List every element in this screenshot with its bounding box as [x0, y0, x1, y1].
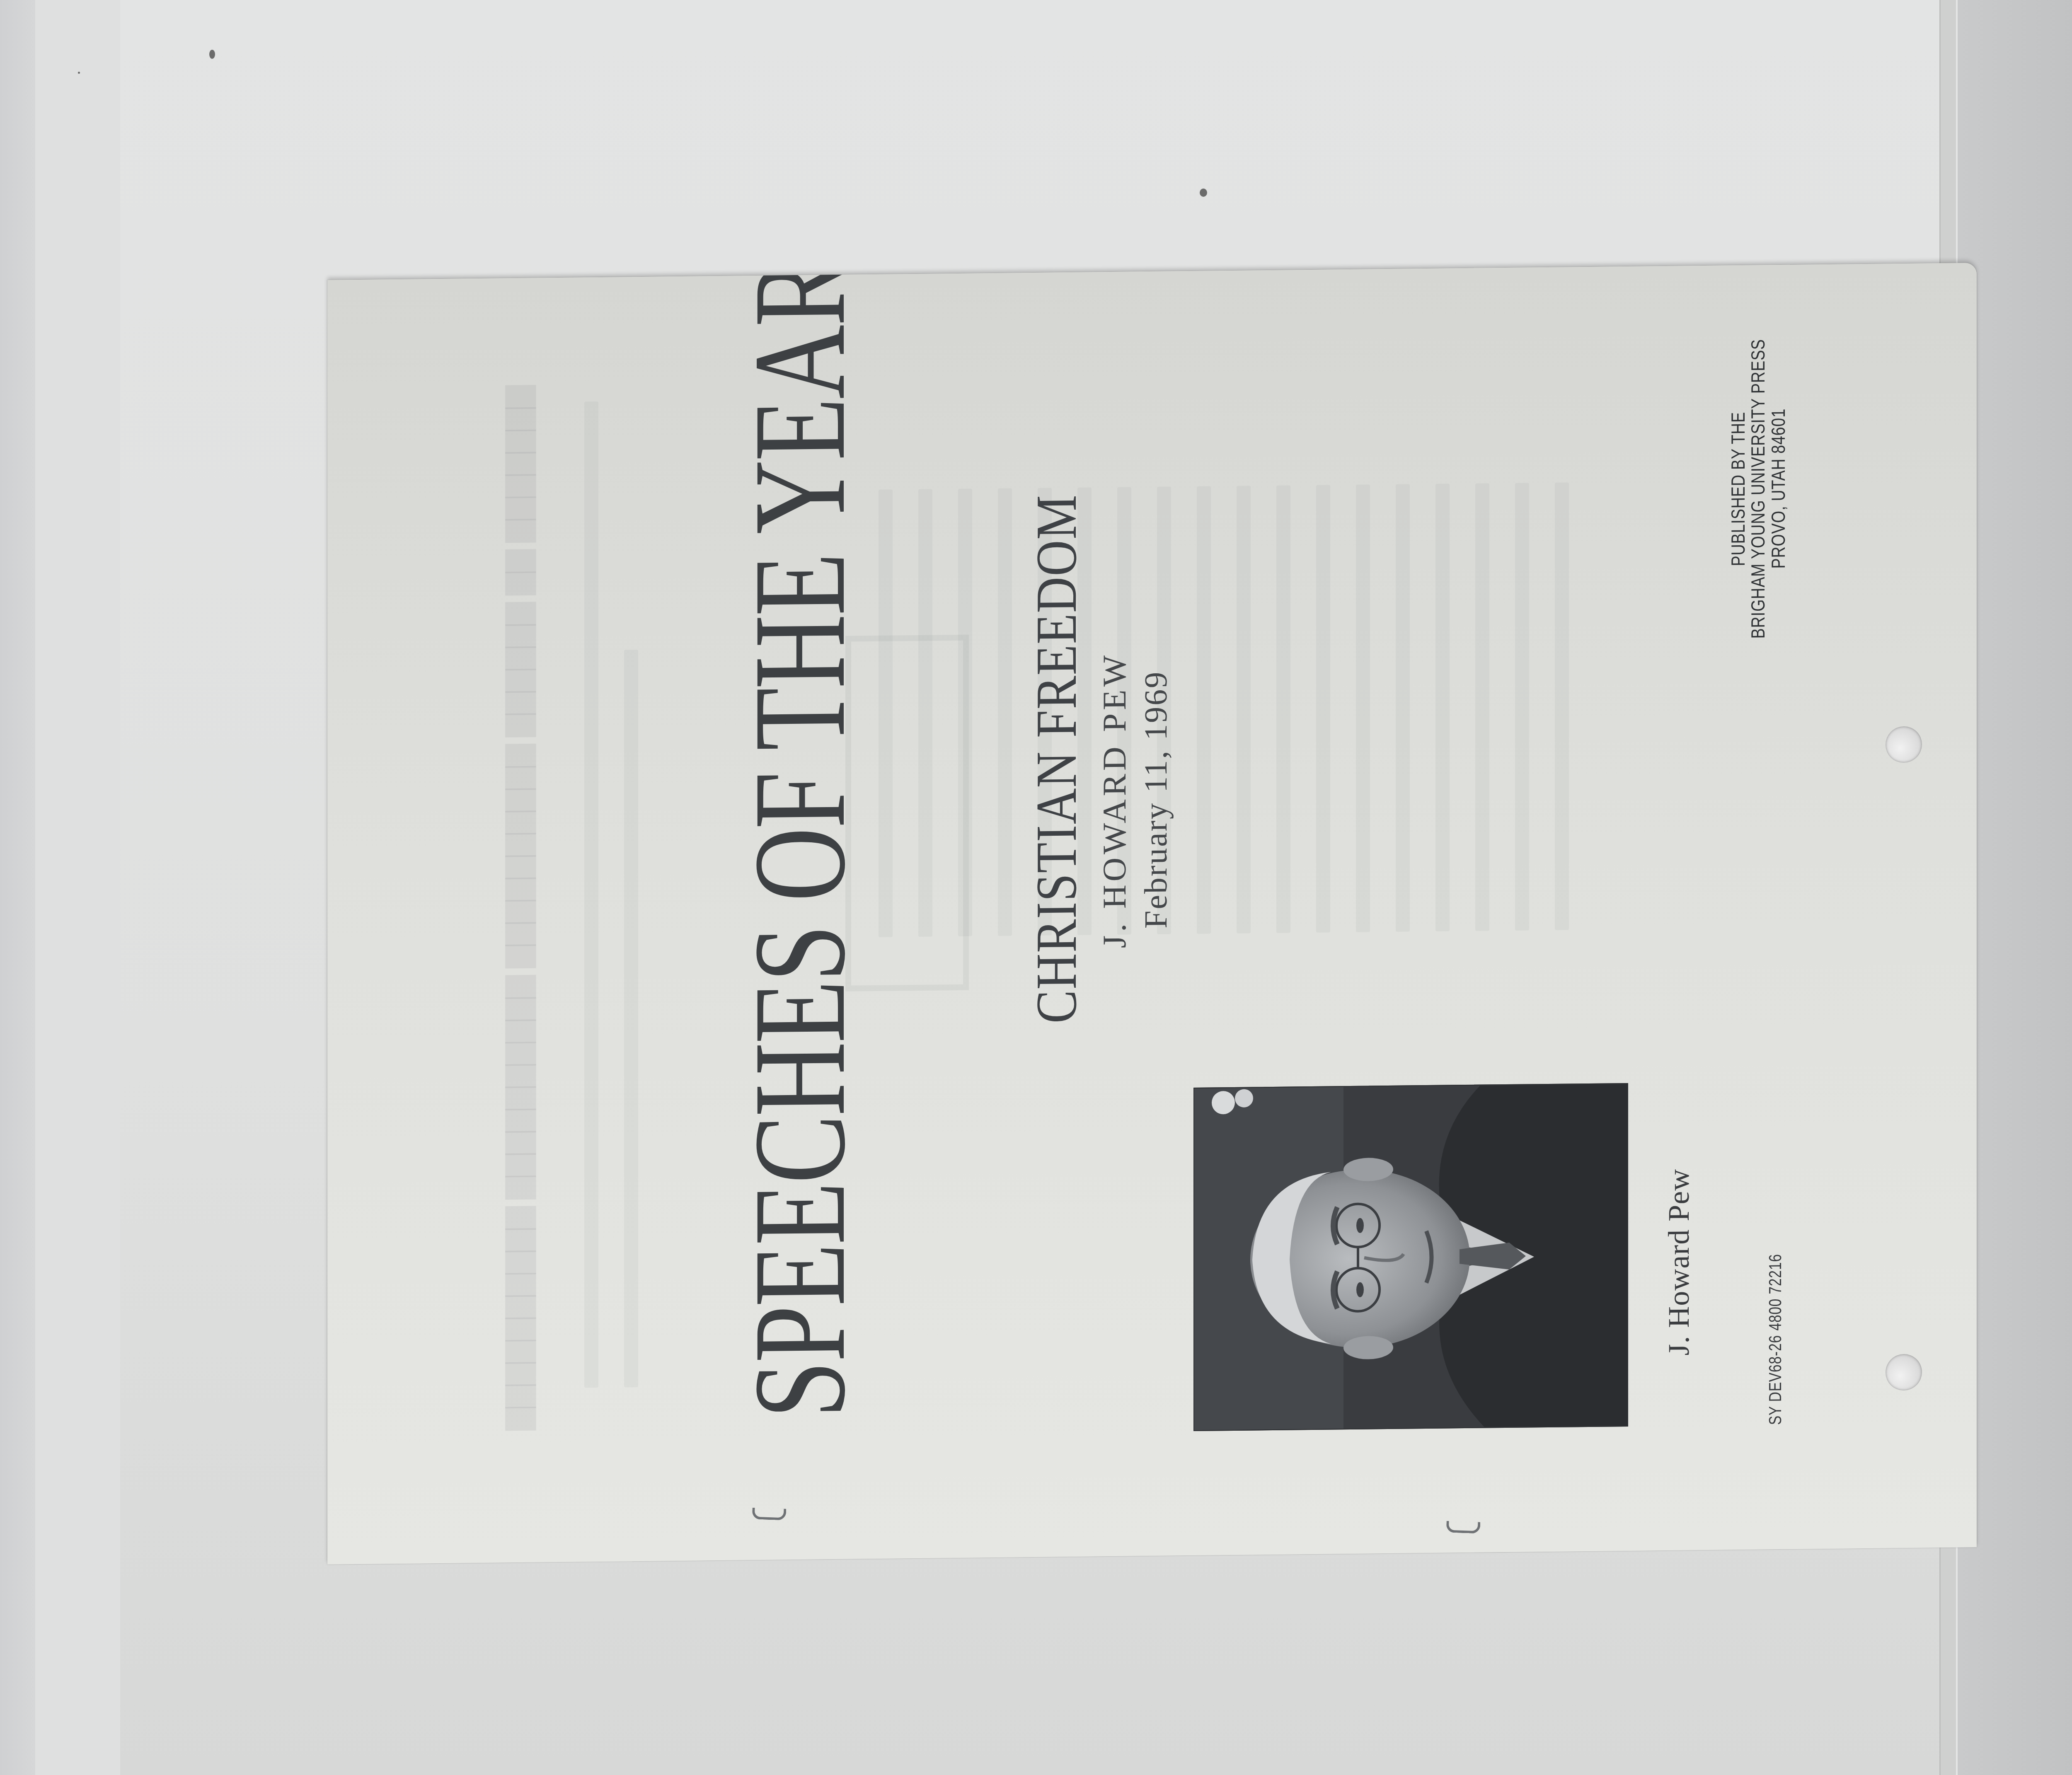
- speaker-portrait-photo: [1193, 1083, 1628, 1431]
- dust-speck: [209, 50, 215, 59]
- background-edge: [0, 0, 35, 1775]
- series-title: SPEECHES OF THE YEAR: [733, 416, 865, 1419]
- background-folder-edge: [35, 0, 120, 1775]
- photo-caption: J. Howard Pew: [1664, 1168, 1694, 1356]
- catalog-code: SY DEV68-26 4800 72216: [1765, 1254, 1785, 1425]
- reverse-side-show-through-text: [879, 482, 1595, 937]
- binder-clip-icon: [1446, 1521, 1481, 1534]
- reverse-side-show-through-heading: ▇▇▇▇▇▇▇ ▇▇ ▇▇▇▇▇▇ ▇▇▇▇▇▇▇▇▇▇ ▇▇▇▇▇▇▇▇▇▇ …: [501, 386, 535, 1430]
- publisher-line-2: BRIGHAM YOUNG UNIVERSITY PRESS: [1748, 319, 1768, 659]
- publisher-block: PUBLISHED BY THE BRIGHAM YOUNG UNIVERSIT…: [1728, 319, 1788, 659]
- punch-hole: [1886, 1354, 1922, 1391]
- reverse-side-show-through-text: [584, 401, 664, 1388]
- binder-clip-icon: [752, 1508, 787, 1521]
- publisher-line-1: PUBLISHED BY THE: [1728, 319, 1748, 659]
- dust-speck: [1200, 189, 1207, 197]
- publisher-line-3: PROVO, UTAH 84601: [1768, 319, 1788, 659]
- dust-speck: [78, 72, 80, 74]
- speech-title: CHRISTIAN FREEDOM: [1028, 578, 1086, 1023]
- document-page: ▇▇▇▇▇▇▇ ▇▇ ▇▇▇▇▇▇ ▇▇▇▇▇▇▇▇▇▇ ▇▇▇▇▇▇▇▇▇▇ …: [327, 263, 1977, 1565]
- punch-hole: [1886, 726, 1922, 763]
- portrait-image: [1194, 1084, 1627, 1430]
- speaker-name: J. HOWARD PEW: [1098, 541, 1131, 1059]
- speech-date: February 11, 1969: [1140, 540, 1172, 1059]
